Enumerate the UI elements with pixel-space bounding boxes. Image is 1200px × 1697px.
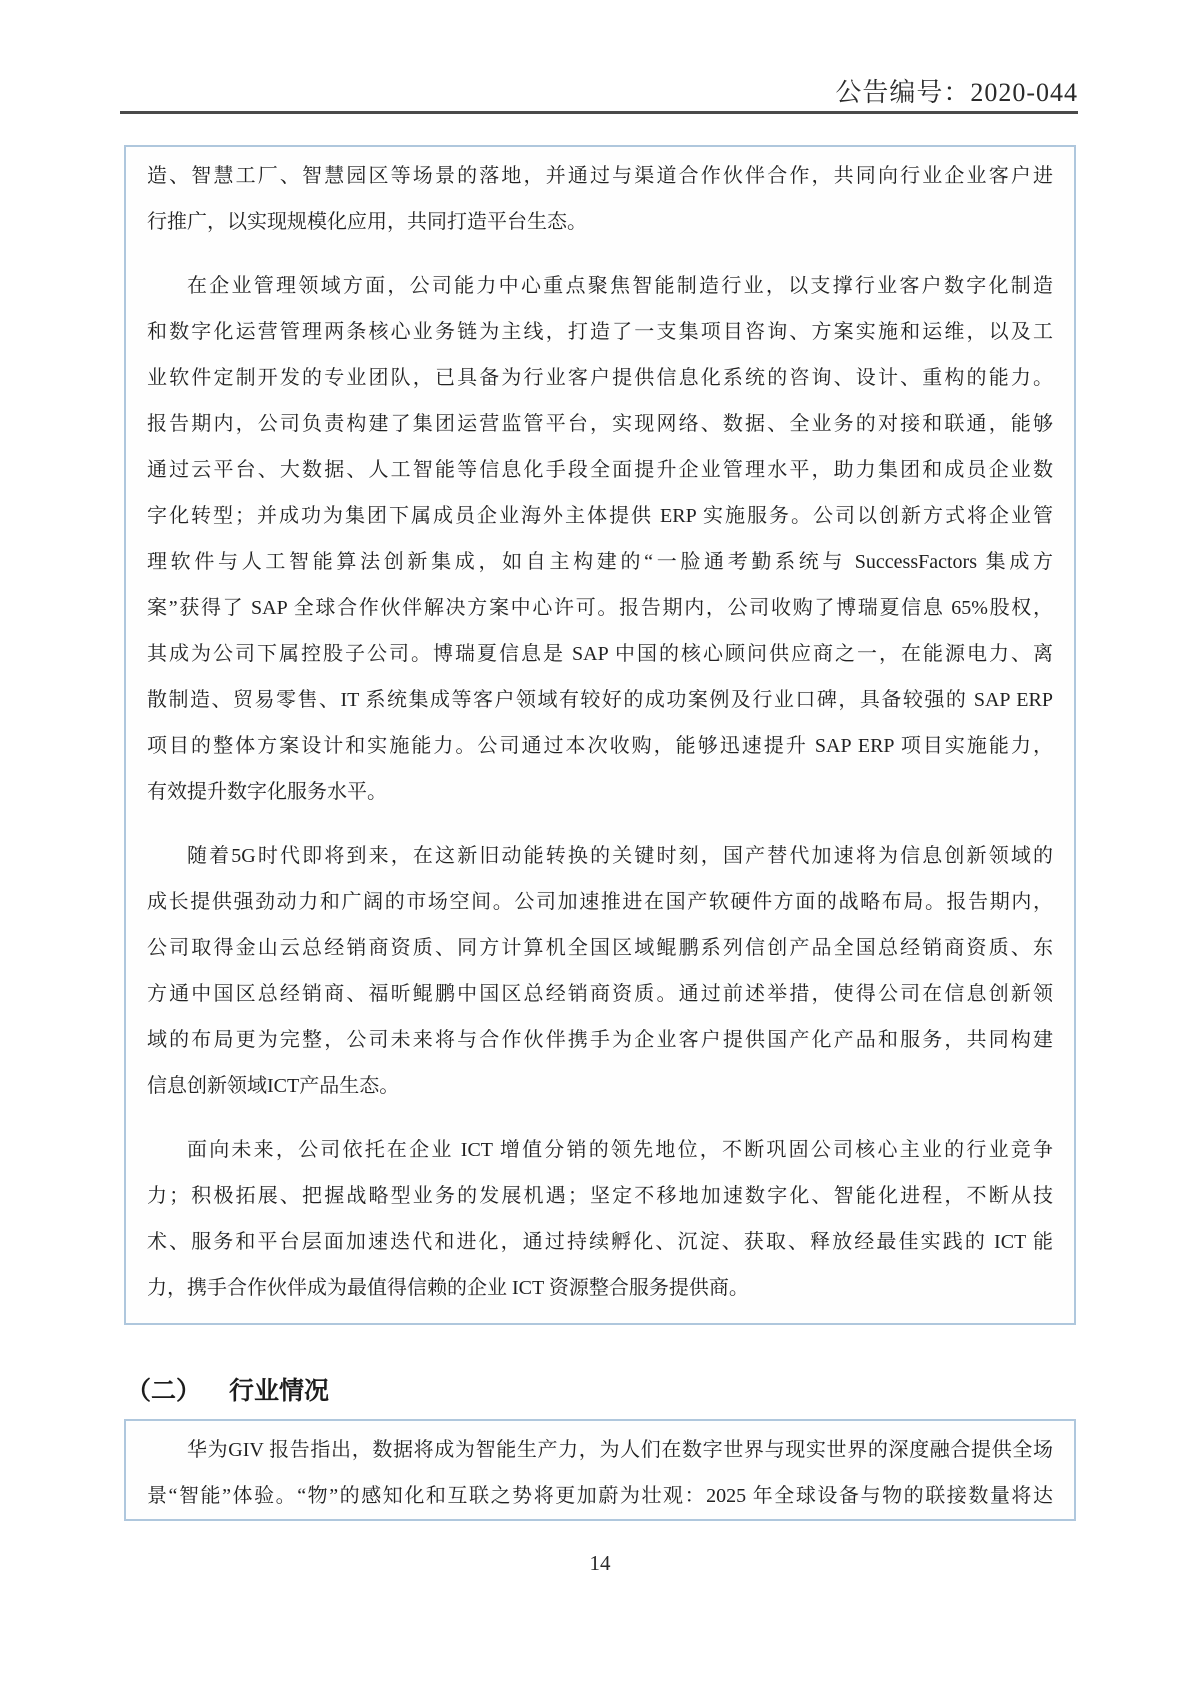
section-title: 行业情况 — [229, 1377, 329, 1405]
text-line: 面向未来，公司依托在企业 ICT 增值分销的领先地位，不断巩固公司核心主业的行业… — [147, 1127, 1053, 1173]
text-line: 报告期内，公司负责构建了集团运营监管平台，实现网络、数据、全业务的对接和联通，能… — [147, 401, 1053, 447]
paragraph: 随着5G时代即将到来，在这新旧动能转换的关键时刻，国产替代加速将为信息创新领域的… — [147, 833, 1053, 1109]
text-line: 字化转型；并成功为集团下属成员企业海外主体提供 ERP 实施服务。公司以创新方式… — [147, 493, 1053, 539]
text-line: 业软件定制开发的专业团队，已具备为行业客户提供信息化系统的咨询、设计、重构的能力… — [147, 355, 1053, 401]
paragraph: 华为GIV 报告指出，数据将成为智能生产力，为人们在数字世界与现实世界的深度融合… — [147, 1427, 1053, 1519]
text-line: 项目的整体方案设计和实施能力。公司通过本次收购，能够迅速提升 SAP ERP 项… — [147, 723, 1053, 769]
section-heading: （二）行业情况 — [126, 1371, 329, 1407]
text-line: 造、智慧工厂、智慧园区等场景的落地，并通过与渠道合作伙伴合作，共同向行业企业客户… — [147, 153, 1053, 199]
text-line: 成长提供强劲动力和广阔的市场空间。公司加速推进在国产软硬件方面的战略布局。报告期… — [147, 879, 1053, 925]
text-line: 案”获得了 SAP 全球合作伙伴解决方案中心许可。报告期内，公司收购了博瑞夏信息… — [147, 585, 1053, 631]
document-page: 公告编号：2020-044 造、智慧工厂、智慧园区等场景的落地，并通过与渠道合作… — [0, 0, 1200, 1697]
section-number: （二） — [126, 1377, 201, 1405]
text-line: 华为GIV 报告指出，数据将成为智能生产力，为人们在数字世界与现实世界的深度融合… — [147, 1427, 1053, 1473]
paragraph: 造、智慧工厂、智慧园区等场景的落地，并通过与渠道合作伙伴合作，共同向行业企业客户… — [147, 153, 1053, 245]
text-line: 其成为公司下属控股子公司。博瑞夏信息是 SAP 中国的核心顾问供应商之一，在能源… — [147, 631, 1053, 677]
text-line: 域的布局更为完整，公司未来将与合作伙伴携手为企业客户提供国产化产品和服务，共同构… — [147, 1017, 1053, 1063]
text-line: 力，携手合作伙伴成为最值得信赖的企业 ICT 资源整合服务提供商。 — [147, 1265, 1053, 1311]
paragraph: 在企业管理领域方面，公司能力中心重点聚焦智能制造行业，以支撑行业客户数字化制造和… — [147, 263, 1053, 815]
page-footer: 14 — [0, 1551, 1200, 1576]
paragraph: 面向未来，公司依托在企业 ICT 增值分销的领先地位，不断巩固公司核心主业的行业… — [147, 1127, 1053, 1311]
industry-overview-box: 华为GIV 报告指出，数据将成为智能生产力，为人们在数字世界与现实世界的深度融合… — [124, 1419, 1076, 1521]
text-line: 术、服务和平台层面加速迭代和进化，通过持续孵化、沉淀、获取、释放经最佳实践的 I… — [147, 1219, 1053, 1265]
text-line: 随着5G时代即将到来，在这新旧动能转换的关键时刻，国产替代加速将为信息创新领域的 — [147, 833, 1053, 879]
text-line: 通过云平台、大数据、人工智能等信息化手段全面提升企业管理水平，助力集团和成员企业… — [147, 447, 1053, 493]
text-line: 力；积极拓展、把握战略型业务的发展机遇；坚定不移地加速数字化、智能化进程，不断从… — [147, 1173, 1053, 1219]
text-line: 散制造、贸易零售、IT 系统集成等客户领域有较好的成功案例及行业口碑，具备较强的… — [147, 677, 1053, 723]
text-line: 在企业管理领域方面，公司能力中心重点聚焦智能制造行业，以支撑行业客户数字化制造 — [147, 263, 1053, 309]
header-divider — [120, 111, 1078, 114]
text-line: 和数字化运营管理两条核心业务链为主线，打造了一支集项目咨询、方案实施和运维，以及… — [147, 309, 1053, 355]
page-number: 14 — [590, 1551, 611, 1575]
text-line: 信息创新领域ICT产品生态。 — [147, 1063, 1053, 1109]
business-review-box: 造、智慧工厂、智慧园区等场景的落地，并通过与渠道合作伙伴合作，共同向行业企业客户… — [124, 145, 1076, 1325]
text-line: 理软件与人工智能算法创新集成，如自主构建的“一脸通考勤系统与 SuccessFa… — [147, 539, 1053, 585]
text-line: 景“智能”体验。“物”的感知化和互联之势将更加蔚为壮观：2025 年全球设备与物… — [147, 1473, 1053, 1519]
text-line: 公司取得金山云总经销商资质、同方计算机全国区域鲲鹏系列信创产品全国总经销商资质、… — [147, 925, 1053, 971]
text-line: 行推广，以实现规模化应用，共同打造平台生态。 — [147, 199, 1053, 245]
text-line: 方通中国区总经销商、福昕鲲鹏中国区总经销商资质。通过前述举措，使得公司在信息创新… — [147, 971, 1053, 1017]
text-line: 有效提升数字化服务水平。 — [147, 769, 1053, 815]
announcement-number: 公告编号：2020-044 — [835, 72, 1078, 109]
